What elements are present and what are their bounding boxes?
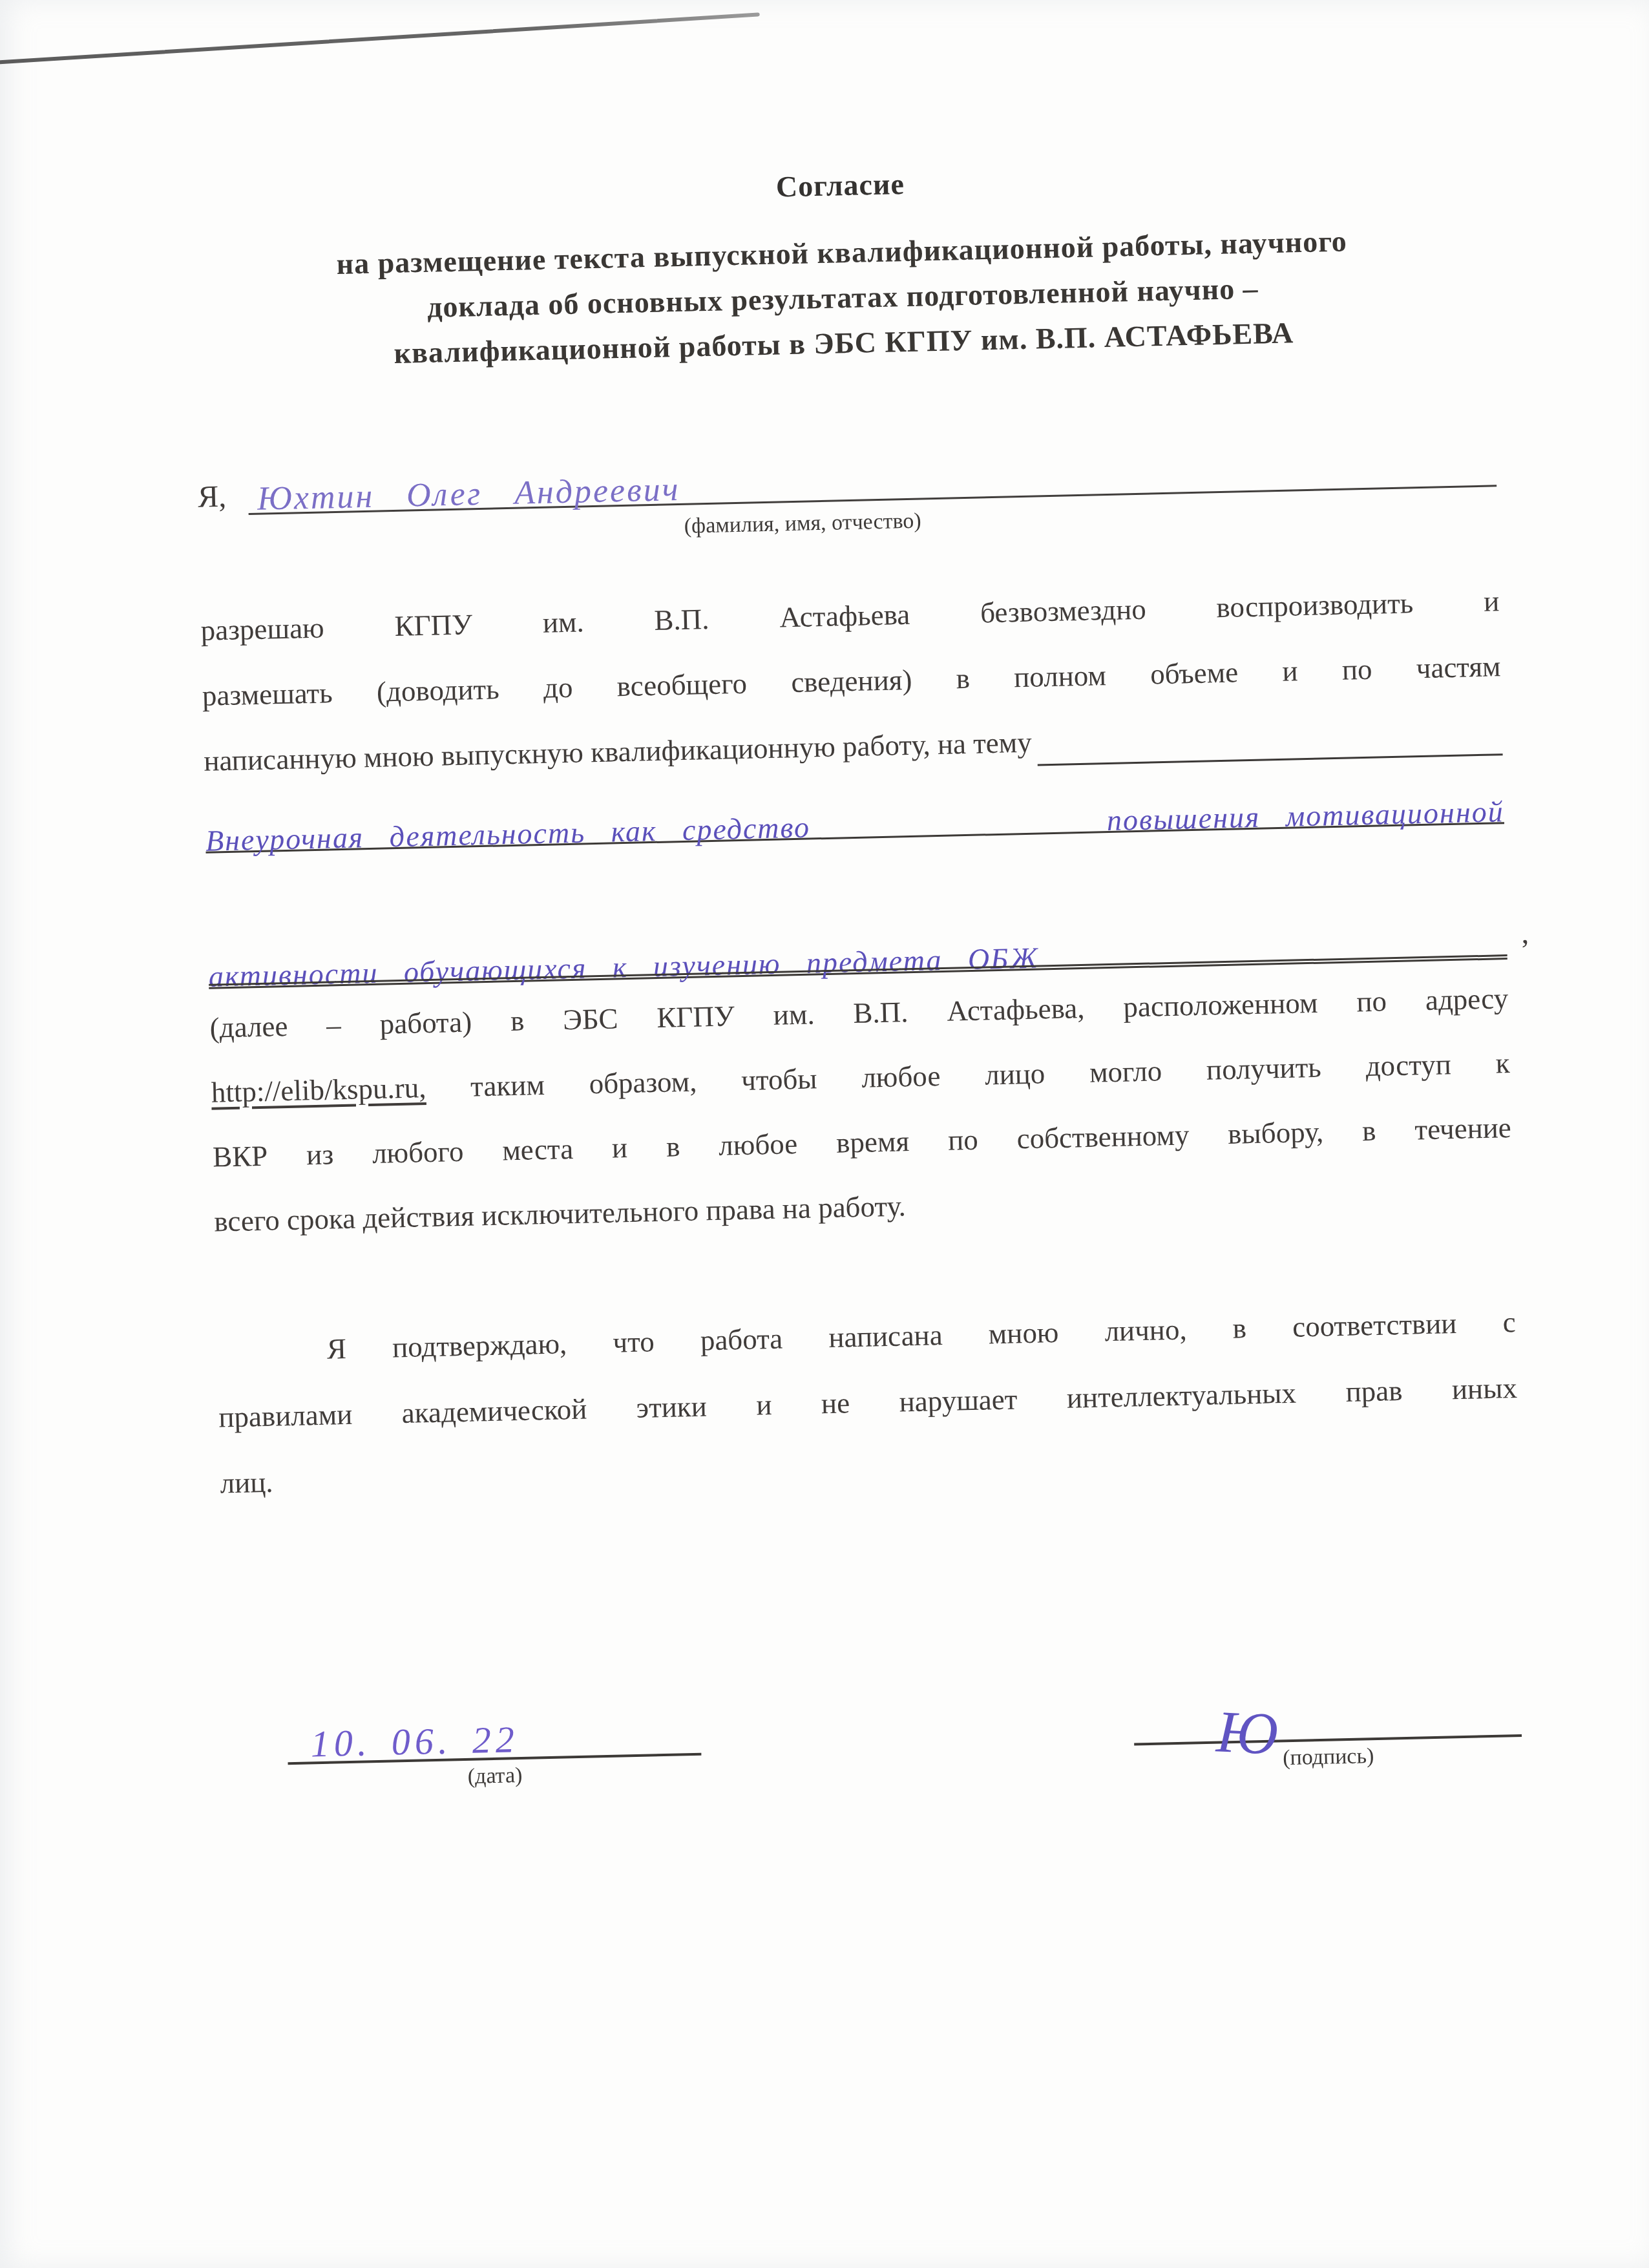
date-blank-line: 10. 06. 22 xyxy=(286,1677,702,1765)
handwritten-date: 10. 06. 22 xyxy=(310,1717,519,1765)
document-subtitle: на размещение текста выпускной квалифика… xyxy=(192,215,1493,381)
confirmation-paragraph: Я подтверждаю, что работа написана мною … xyxy=(216,1289,1519,1517)
permission-paragraph: разрешаю КГПУ им. В.П. Астафьева безвозм… xyxy=(200,569,1503,794)
topic-line-1-part-1: Внеурочная деятельность как средство xyxy=(205,810,811,858)
signature-blank-line: Ю xyxy=(1132,1659,1522,1746)
handwritten-name: Юхтин Олег Андреевич xyxy=(257,470,680,518)
handwritten-signature: Ю xyxy=(1215,1705,1279,1761)
declarant-row: Я, Юхтин Олег Андреевич xyxy=(197,436,1497,516)
signature-block: Ю (подпись) xyxy=(1132,1659,1522,1774)
location-paragraph: (далее – работа) в ЭБС КГПУ им. В.П. Аст… xyxy=(209,966,1514,1254)
trailing-comma: , xyxy=(1521,916,1529,950)
topic-line-1-part-2: повышения мотивационной xyxy=(1106,794,1504,837)
declarant-pronoun: Я, xyxy=(197,479,226,516)
name-blank-line: Юхтин Олег Андреевич xyxy=(247,434,1497,515)
document-content: Согласие на размещение текста выпускной … xyxy=(191,153,1529,1927)
name-caption: (фамилия, имя, отчество) xyxy=(618,507,987,540)
date-block: 10. 06. 22 (дата) xyxy=(286,1677,702,1793)
page-title: Согласие xyxy=(191,153,1490,217)
scan-edge-artifact-line xyxy=(0,12,760,65)
scanned-document-page: Согласие на размещение текста выпускной … xyxy=(0,0,1649,2268)
elib-url: http://elib/kspu.ru, xyxy=(211,1071,426,1109)
signature-caption: (подпись) xyxy=(1134,1741,1522,1774)
footer-row: 10. 06. 22 (дата) Ю (подпись) xyxy=(225,1659,1526,1818)
location-line-2-rest: таким образом, чтобы любое лицо могло по… xyxy=(470,1047,1510,1102)
topic-line-1-ink: Внеурочная деятельность как средство пов… xyxy=(205,794,1505,858)
